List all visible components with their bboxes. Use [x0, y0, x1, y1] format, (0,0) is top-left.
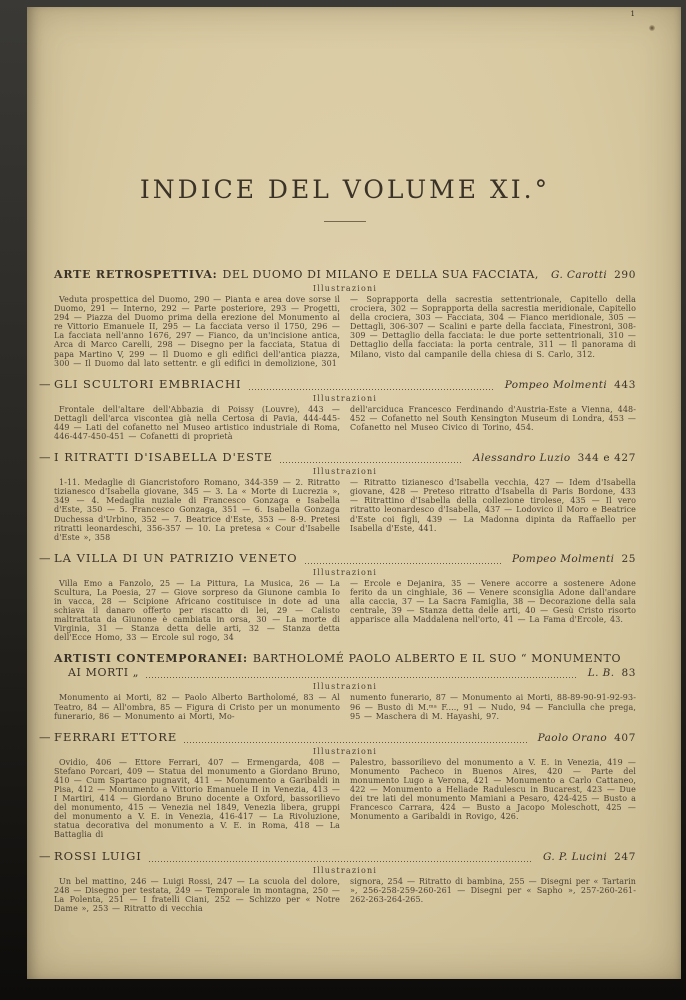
section-heading: ARTE RETROSPETTIVA: DEL DUOMO DI MILANO …: [54, 268, 636, 282]
illustration-columns: Monumento ai Morti, 82 — Paolo Alberto B…: [54, 693, 636, 720]
section-arte-retrospettiva: ARTE RETROSPETTIVA: DEL DUOMO DI MILANO …: [54, 268, 636, 368]
column-right: — Ercole e Dejanira, 35 — Venere accorre…: [350, 579, 636, 643]
section-dash: —: [39, 850, 54, 863]
section-title: I RITRATTI D'ISABELLA D'ESTE: [54, 451, 273, 464]
section-author: L. B.: [588, 667, 615, 680]
leader-dots: [184, 742, 526, 743]
column-right: — Ritratto tizianesco d'Isabella vecchia…: [350, 478, 636, 542]
section-page-number: 407: [614, 732, 636, 745]
section-heading-line2: AI MORTI „ L. B. 83: [54, 666, 636, 680]
leader-dots: [146, 677, 577, 678]
section-heading: — FERRARI ETTORE Paolo Orano 407: [39, 731, 636, 745]
page-title: INDICE DEL VOLUME XI.°: [54, 175, 636, 204]
section-title: FERRARI ETTORE: [54, 731, 177, 744]
column-right: Palestro, bassorilievo del monumento a V…: [350, 758, 636, 840]
section-artisti-contemporanei: ARTISTI CONTEMPORANEI: BARTHOLOMÉ PAOLO …: [54, 652, 636, 720]
section-ritratti-isabella: — I RITRATTI D'ISABELLA D'ESTE Alessandr…: [54, 451, 636, 542]
illustration-columns: Villa Emo a Fanzolo, 25 — La Pittura, La…: [54, 579, 636, 643]
section-title: ROSSI LUIGI: [54, 850, 142, 863]
section-villa-patrizio-veneto: — LA VILLA DI UN PATRIZIO VENETO Pompeo …: [54, 552, 636, 643]
section-heading-line1: ARTISTI CONTEMPORANEI: BARTHOLOMÉ PAOLO …: [54, 652, 636, 665]
column-left: Ovidio, 406 — Ettore Ferrari, 407 — Erme…: [54, 758, 340, 840]
section-author: Pompeo Molmenti: [512, 553, 614, 566]
illustration-columns: 1-11. Medaglie di Giancristoforo Romano,…: [54, 478, 636, 542]
section-gli-scultori-embriachi: — GLI SCULTORI EMBRIACHI Pompeo Molmenti…: [54, 378, 636, 441]
section-heading: — I RITRATTI D'ISABELLA D'ESTE Alessandr…: [39, 451, 636, 465]
column-left: Monumento ai Morti, 82 — Paolo Alberto B…: [54, 693, 340, 720]
section-page-number: 443: [614, 379, 636, 392]
section-heading: — GLI SCULTORI EMBRIACHI Pompeo Molmenti…: [39, 378, 636, 392]
column-left: 1-11. Medaglie di Giancristoforo Romano,…: [54, 478, 340, 542]
column-left: Villa Emo a Fanzolo, 25 — La Pittura, La…: [54, 579, 340, 643]
scanned-page: 1 INDICE DEL VOLUME XI.° ARTE RETROSPETT…: [27, 7, 681, 979]
column-left: Un bel mattino, 246 — Luigi Rossi, 247 —…: [54, 877, 340, 913]
section-title: GLI SCULTORI EMBRIACHI: [54, 378, 242, 391]
column-right: dell'arciduca Francesco Ferdinando d'Aus…: [350, 405, 636, 441]
section-author: G. Carotti: [551, 269, 607, 282]
section-heading: — LA VILLA DI UN PATRIZIO VENETO Pompeo …: [39, 552, 636, 566]
leader-dots: [305, 563, 501, 564]
section-label: ARTISTI CONTEMPORANEI:: [54, 652, 248, 665]
illustrations-label: Illustrazioni: [54, 866, 636, 875]
illustrations-label: Illustrazioni: [54, 682, 636, 691]
illustrations-label: Illustrazioni: [54, 394, 636, 403]
section-page-number: 290: [614, 269, 636, 282]
section-page-number: 247: [614, 851, 636, 864]
title-divider: [324, 221, 366, 222]
section-title-continued: AI MORTI „: [68, 666, 139, 679]
illustrations-label: Illustrazioni: [54, 284, 636, 293]
section-title: DEL DUOMO DI MILANO E DELLA SUA FACCIATA…: [223, 268, 539, 281]
leader-dots: [280, 462, 462, 463]
column-left: Frontale dell'altare dell'Abbazia di Poi…: [54, 405, 340, 441]
illustrations-label: Illustrazioni: [54, 747, 636, 756]
ink-stain: [649, 25, 655, 31]
section-author: Paolo Orano: [538, 732, 608, 745]
illustration-columns: Ovidio, 406 — Ettore Ferrari, 407 — Erme…: [54, 758, 636, 840]
column-right: numento funerario, 87 — Monumento ai Mor…: [350, 693, 636, 720]
section-author: G. P. Lucini: [543, 851, 607, 864]
illustration-columns: Veduta prospettica del Duomo, 290 — Pian…: [54, 295, 636, 368]
section-dash: —: [39, 552, 54, 565]
section-page-number: 83: [621, 667, 636, 680]
leader-dots: [149, 861, 532, 862]
section-page-number: 344 e 427: [578, 452, 636, 465]
section-label: ARTE RETROSPETTIVA:: [54, 268, 218, 281]
section-heading: — ROSSI LUIGI G. P. Lucini 247: [39, 850, 636, 864]
section-rossi-luigi: — ROSSI LUIGI G. P. Lucini 247 Illustraz…: [54, 850, 636, 913]
illustration-columns: Un bel mattino, 246 — Luigi Rossi, 247 —…: [54, 877, 636, 913]
section-title: LA VILLA DI UN PATRIZIO VENETO: [54, 552, 298, 565]
illustrations-label: Illustrazioni: [54, 467, 636, 476]
section-dash: —: [39, 451, 54, 464]
section-dash: —: [39, 731, 54, 744]
column-right: signora, 254 — Ritratto di bambina, 255 …: [350, 877, 636, 913]
section-page-number: 25: [621, 553, 636, 566]
leader-dots: [249, 389, 494, 390]
section-dash: —: [39, 378, 54, 391]
illustration-columns: Frontale dell'altare dell'Abbazia di Poi…: [54, 405, 636, 441]
section-author: Pompeo Molmenti: [505, 379, 607, 392]
column-right: — Soprapporta della sacrestia settentrio…: [350, 295, 636, 368]
index-sections: ARTE RETROSPETTIVA: DEL DUOMO DI MILANO …: [54, 268, 636, 913]
corner-mark: 1: [631, 10, 635, 18]
illustrations-label: Illustrazioni: [54, 568, 636, 577]
column-left: Veduta prospettica del Duomo, 290 — Pian…: [54, 295, 340, 368]
section-title: BARTHOLOMÉ PAOLO ALBERTO E IL SUO “ MONU…: [253, 652, 621, 665]
section-ferrari-ettore: — FERRARI ETTORE Paolo Orano 407 Illustr…: [54, 731, 636, 840]
section-author: Alessandro Luzio: [473, 452, 571, 465]
